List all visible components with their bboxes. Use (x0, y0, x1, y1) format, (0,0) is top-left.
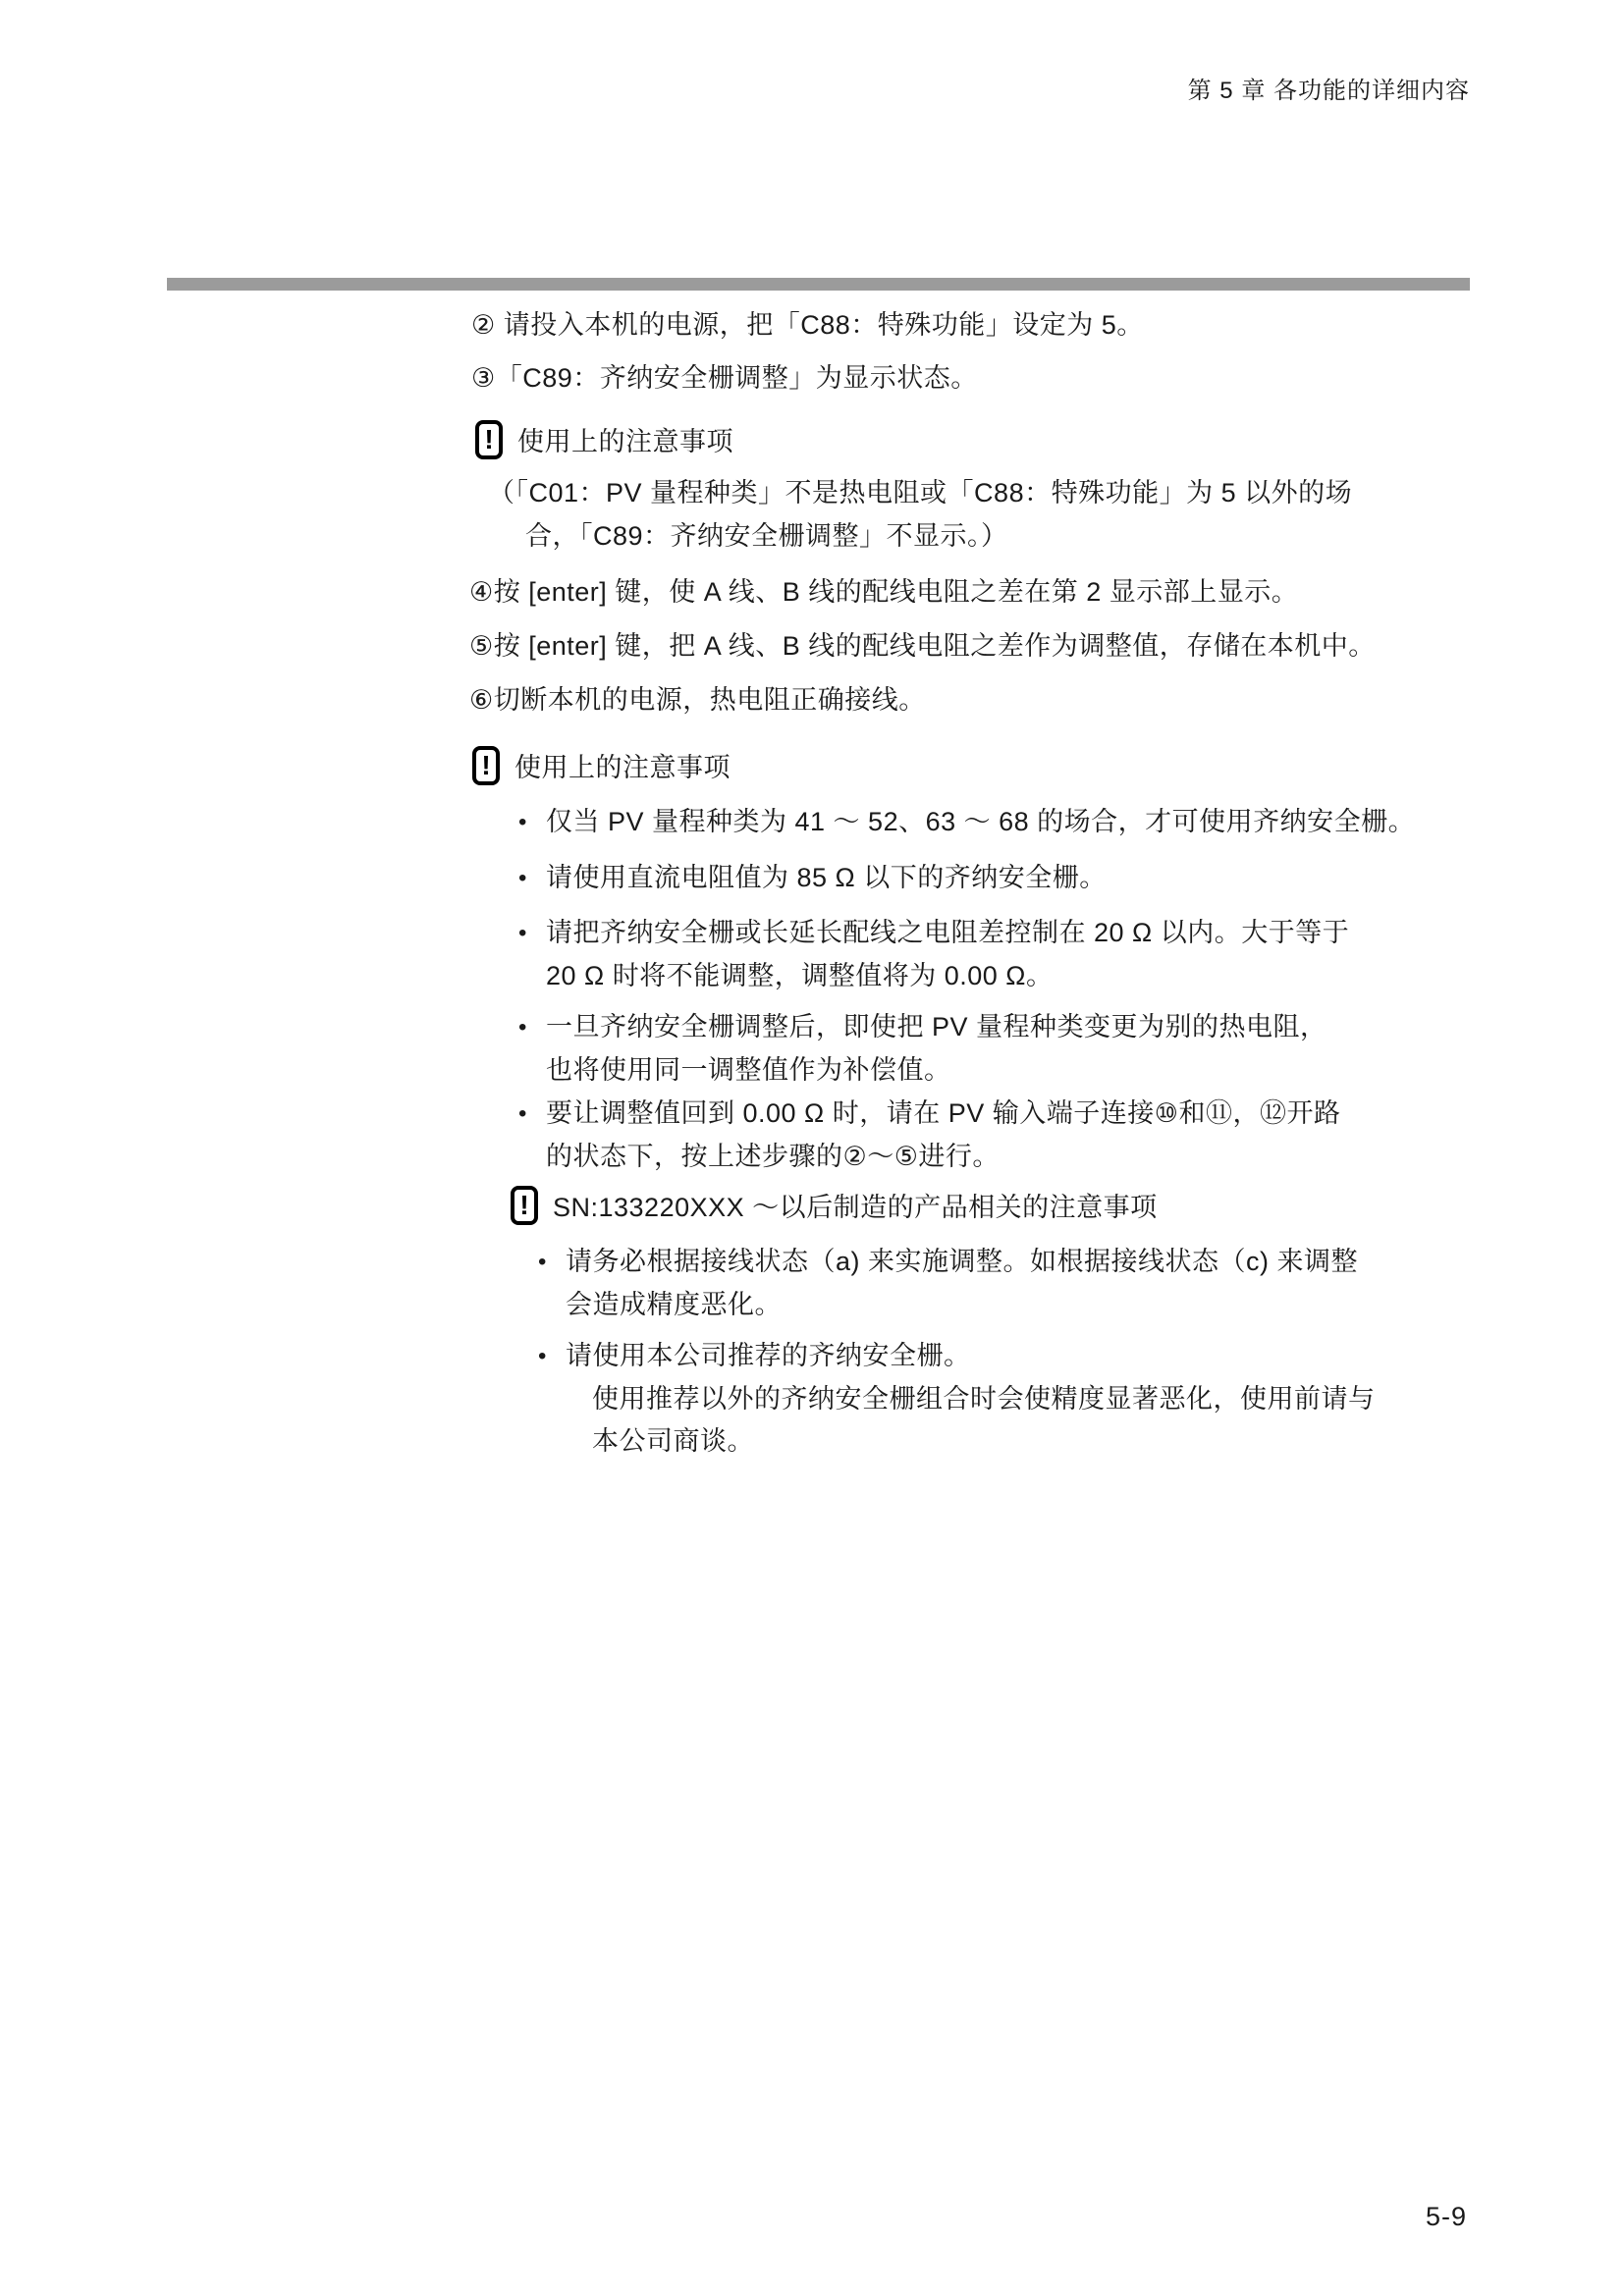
alert-icon: ! (472, 746, 500, 785)
bullet-dot-icon: • (518, 807, 546, 837)
bullet-item: •要让调整值回到 0.00 Ω 时，请在 PV 输入端子连接⑩和⑪，⑫开路 (518, 1098, 1340, 1129)
bullet-item: •一旦齐纳安全栅调整后，即使把 PV 量程种类变更为别的热电阻， (518, 1012, 1327, 1042)
bullet-text: 请使用直流电阻值为 85 Ω 以下的齐纳安全栅。 (546, 863, 1107, 892)
alert-icon-glyph: ! (519, 1190, 528, 1221)
step-line-4: ④按 [enter] 键，使 A 线、B 线的配线电阻之差在第 2 显示部上显示… (469, 577, 1298, 608)
bullet-item: •请务必根据接线状态（a) 来实施调整。如根据接线状态（c) 来调整 (538, 1247, 1358, 1277)
bullet-item: •仅当 PV 量程种类为 41 ～ 52、63 ～ 68 的场合，才可使用齐纳安… (518, 807, 1415, 837)
bullet-dot-icon: • (518, 863, 546, 893)
bullet-text: 仅当 PV 量程种类为 41 ～ 52、63 ～ 68 的场合，才可使用齐纳安全… (546, 807, 1415, 836)
bullet-dot-icon: • (518, 918, 546, 948)
bullet-continuation: 的状态下，按上述步骤的②～⑤进行。 (546, 1142, 1000, 1172)
bullet-text: 请务必根据接线状态（a) 来实施调整。如根据接线状态（c) 来调整 (566, 1247, 1358, 1276)
bullet-text: 一旦齐纳安全栅调整后，即使把 PV 量程种类变更为别的热电阻， (546, 1012, 1327, 1041)
bullet-dot-icon: • (518, 1098, 546, 1129)
step-line-2: ② 请投入本机的电源，把「C88：特殊功能」设定为 5。 (471, 310, 1144, 341)
page-number: 5-9 (1426, 2202, 1467, 2232)
bullet-item: •请把齐纳安全栅或长延长配线之电阻差控制在 20 Ω 以内。大于等于 (518, 918, 1349, 948)
notice1-body-line: 合，「C89：齐纳安全栅调整」不显示。） (525, 521, 1008, 552)
bullet-dot-icon: • (518, 1012, 546, 1042)
notice1-body-line: （「C01：PV 量程种类」不是热电阻或「C88：特殊功能」为 5 以外的场 (488, 478, 1352, 508)
chapter-header: 第 5 章 各功能的详细内容 (0, 71, 1470, 105)
bullet-item: •请使用本公司推荐的齐纳安全栅。 (538, 1341, 971, 1371)
bullet-text: 要让调整值回到 0.00 Ω 时，请在 PV 输入端子连接⑩和⑪，⑫开路 (546, 1098, 1340, 1128)
bullet-dot-icon: • (538, 1247, 566, 1277)
alert-icon-glyph: ! (484, 424, 493, 455)
bullet-text: 请把齐纳安全栅或长延长配线之电阻差控制在 20 Ω 以内。大于等于 (546, 918, 1349, 947)
alert-icon-glyph: ! (481, 750, 490, 781)
bullet-text: 请使用本公司推荐的齐纳安全栅。 (566, 1341, 971, 1370)
bullet-continuation: 本公司商谈。 (592, 1426, 754, 1457)
bullet-continuation: 20 Ω 时将不能调整，调整值将为 0.00 Ω。 (546, 961, 1053, 991)
notice1-title: 使用上的注意事项 (517, 427, 733, 457)
bullet-continuation: 使用推荐以外的齐纳安全栅组合时会使精度显著恶化，使用前请与 (592, 1384, 1376, 1415)
alert-icon: ! (511, 1186, 538, 1225)
bullet-continuation: 会造成精度恶化。 (566, 1290, 782, 1320)
step-line-3: ③「C89：齐纳安全栅调整」为显示状态。 (471, 363, 978, 394)
section-divider (167, 278, 1470, 291)
bullet-item: •请使用直流电阻值为 85 Ω 以下的齐纳安全栅。 (518, 863, 1107, 893)
manual-page: 第 5 章 各功能的详细内容 ② 请投入本机的电源，把「C88：特殊功能」设定为… (0, 0, 1624, 2296)
step-line-5: ⑤按 [enter] 键，把 A 线、B 线的配线电阻之差作为调整值，存储在本机… (469, 631, 1376, 662)
step-line-6: ⑥切断本机的电源，热电阻正确接线。 (469, 685, 926, 716)
alert-icon: ! (475, 420, 503, 459)
notice3-title: SN:133220XXX ～以后制造的产品相关的注意事项 (553, 1193, 1158, 1223)
bullet-continuation: 也将使用同一调整值作为补偿值。 (546, 1055, 951, 1086)
notice2-title: 使用上的注意事项 (514, 753, 731, 783)
bullet-dot-icon: • (538, 1341, 566, 1371)
